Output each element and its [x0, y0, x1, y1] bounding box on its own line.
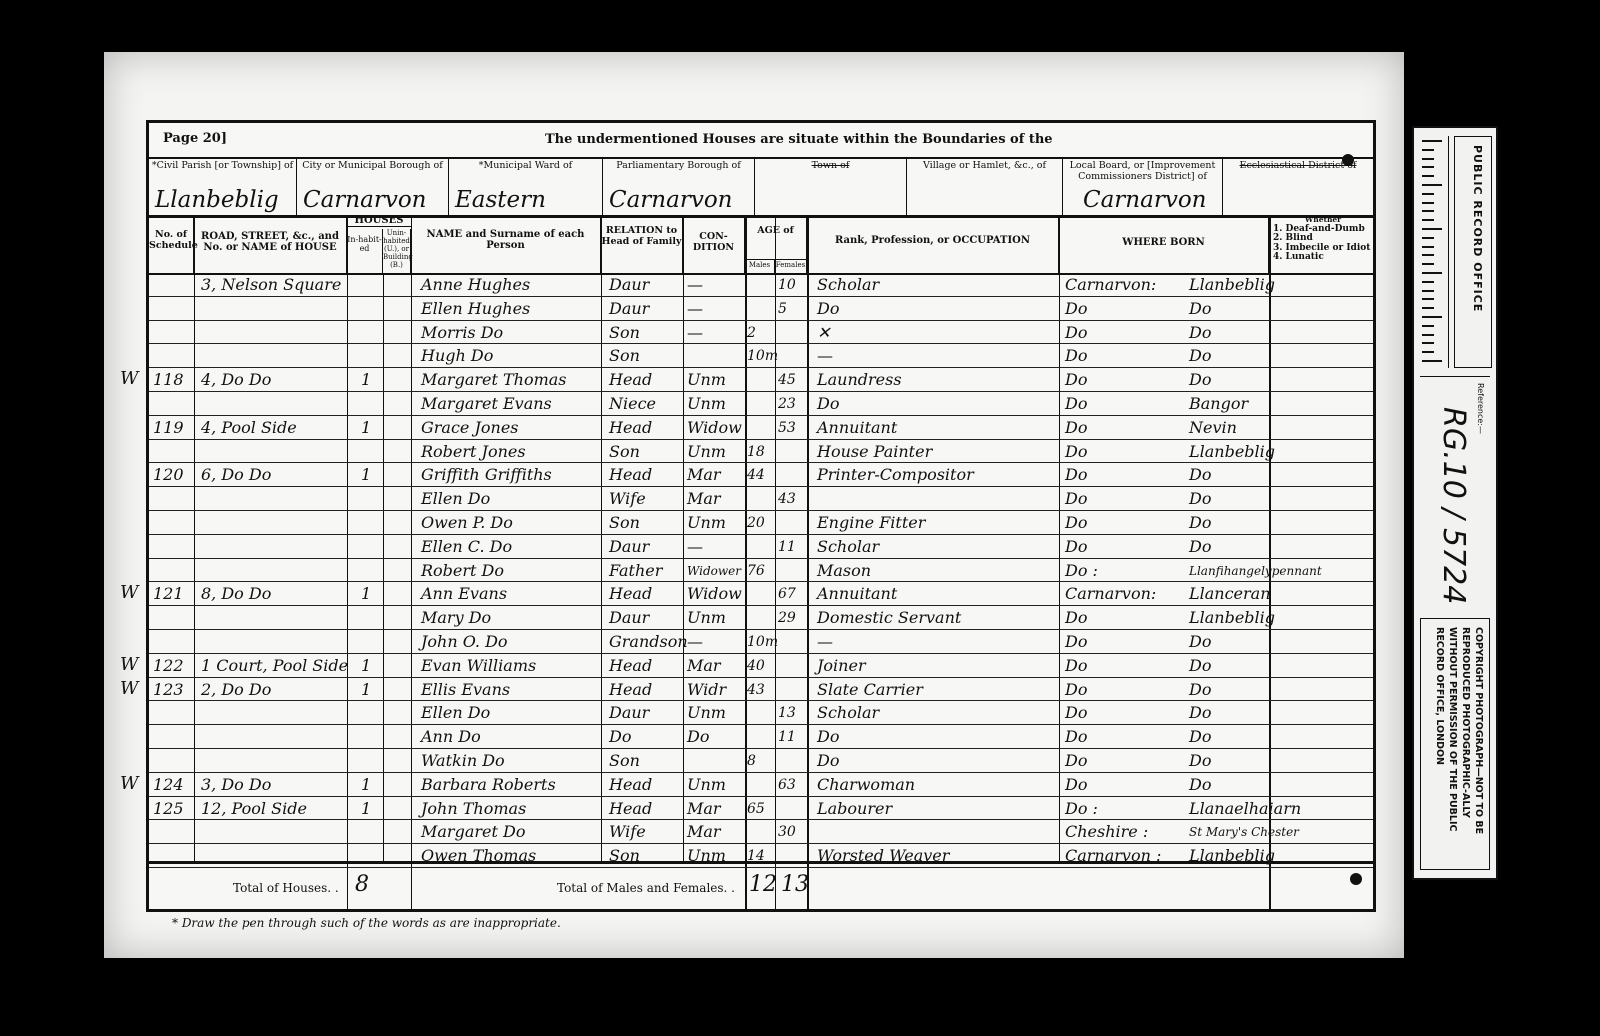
relation: Daur: [609, 606, 649, 629]
occupation: Joiner: [817, 654, 866, 677]
occupation: Scholar: [817, 701, 879, 724]
condition: Do: [687, 725, 709, 748]
born-place: Bangor: [1189, 392, 1248, 415]
born-place: Do: [1189, 749, 1211, 772]
condition: Mar: [687, 487, 721, 510]
inhabited-count: 1: [361, 582, 371, 605]
col-females: Females: [775, 259, 807, 273]
col-inhabited: In-habit-ed: [347, 229, 383, 273]
total-houses-label: Total of Houses. .: [233, 881, 339, 895]
division-municipal-ward: *Municipal Ward ofEastern: [449, 157, 603, 215]
born-county: Do: [1065, 321, 1087, 344]
table-row: 1206, Do Do1Griffith GriffithsHeadMar44P…: [149, 463, 1373, 487]
occupation: Labourer: [817, 797, 892, 820]
relation: Daur: [609, 273, 649, 296]
born-place: Do: [1189, 725, 1211, 748]
ruler-tick: [1422, 254, 1434, 256]
census-form: Page 20] The undermentioned Houses are s…: [146, 120, 1376, 912]
ruler-tick: [1422, 325, 1434, 327]
table-row: 1232, Do Do1Ellis EvansHeadWidr43Slate C…: [149, 678, 1373, 702]
born-county: Do :: [1065, 797, 1098, 820]
ruler-tick: [1422, 140, 1442, 142]
born-county: Cheshire :: [1065, 820, 1148, 843]
male-age: 10m: [747, 630, 778, 653]
born-county: Do: [1065, 654, 1087, 677]
born-place: Do: [1189, 487, 1211, 510]
relation: Do: [609, 725, 631, 748]
road-address: 1 Court, Pool Side: [201, 654, 348, 677]
female-age: 13: [778, 701, 796, 724]
occupation: Scholar: [817, 535, 879, 558]
inhabited-count: 1: [361, 416, 371, 439]
ruler-tick: [1422, 263, 1434, 265]
road-address: 3, Do Do: [201, 773, 271, 796]
born-place: Do: [1189, 368, 1211, 391]
road-address: 4, Do Do: [201, 368, 271, 391]
occupation: —: [817, 344, 833, 367]
table-row: Ellen DoWifeMar43DoDo: [149, 487, 1373, 511]
occupation: Do: [817, 725, 839, 748]
ruler-tick: [1422, 184, 1442, 186]
born-place: Do: [1189, 297, 1211, 320]
male-age: 43: [747, 678, 765, 701]
table-row: Margaret EvansNieceUnm23DoDoBangor: [149, 392, 1373, 416]
occupation: Domestic Servant: [817, 606, 961, 629]
born-place: Llanfihangelypennant: [1189, 559, 1322, 582]
ruler-tick: [1422, 316, 1442, 318]
ruler-tick: [1422, 290, 1434, 292]
division-local-board: Local Board, or [Improvement Commissione…: [1063, 157, 1223, 215]
condition: —: [687, 535, 703, 558]
born-place: Do: [1189, 463, 1211, 486]
condition: Unm: [687, 392, 726, 415]
schedule-no: 119: [153, 416, 184, 439]
margin-mark: W: [120, 678, 139, 699]
ruler-tick: [1422, 175, 1434, 177]
margin-mark: W: [120, 654, 139, 675]
occupation: Charwoman: [817, 773, 915, 796]
relation: Daur: [609, 701, 649, 724]
male-age: 40: [747, 654, 765, 677]
born-place: Llanaelhaiarn: [1189, 797, 1301, 820]
table-row: Robert DoFatherWidower76MasonDo :Llanfih…: [149, 559, 1373, 583]
female-age: 53: [778, 416, 796, 439]
born-county: Carnarvon:: [1065, 273, 1156, 296]
relation: Head: [609, 654, 652, 677]
born-county: Do: [1065, 606, 1087, 629]
condition: Unm: [687, 606, 726, 629]
person-name: Margaret Thomas: [421, 368, 567, 391]
table-row: 1221 Court, Pool Side1Evan WilliamsHeadM…: [149, 654, 1373, 678]
schedule-no: 124: [153, 773, 184, 796]
margin-mark: W: [120, 773, 139, 794]
table-row: Hugh DoSon10m—DoDo: [149, 344, 1373, 368]
female-age: 11: [778, 725, 796, 748]
occupation: Scholar: [817, 273, 879, 296]
condition: —: [687, 273, 703, 296]
margin-mark: W: [120, 368, 139, 389]
relation: Wife: [609, 820, 646, 843]
person-name: Ann Do: [421, 725, 481, 748]
born-place: Llanbeblig: [1189, 606, 1275, 629]
condition: —: [687, 297, 703, 320]
table-row: 3, Nelson SquareAnne HughesDaur—10Schola…: [149, 273, 1373, 297]
condition: Unm: [687, 511, 726, 534]
condition: Mar: [687, 797, 721, 820]
col-infirmities: Whether 1. Deaf-and-Dumb 2. Blind 3. Imb…: [1269, 215, 1373, 273]
total-males-value: 12: [749, 872, 777, 897]
person-name: John O. Do: [421, 630, 508, 653]
schedule-no: 123: [153, 678, 184, 701]
female-age: 67: [778, 582, 796, 605]
schedule-no: 121: [153, 582, 184, 605]
born-place: Do: [1189, 654, 1211, 677]
male-age: 8: [747, 749, 756, 772]
born-county: Do: [1065, 773, 1087, 796]
relation: Son: [609, 511, 640, 534]
ruler-tick: [1422, 193, 1434, 195]
born-county: Do: [1065, 678, 1087, 701]
table-row: Ellen DoDaurUnm13ScholarDoDo: [149, 701, 1373, 725]
col-occupation: Rank, Profession, or OCCUPATION: [807, 215, 1059, 273]
occupation: Printer-Compositor: [817, 463, 974, 486]
table-row: 1184, Do Do1Margaret ThomasHeadUnm45Laun…: [149, 368, 1373, 392]
relation: Son: [609, 749, 640, 772]
relation: Daur: [609, 297, 649, 320]
condition: —: [687, 321, 703, 344]
ruler-tick: [1422, 202, 1434, 204]
person-name: Grace Jones: [421, 416, 519, 439]
born-county: Do: [1065, 701, 1087, 724]
road-address: 3, Nelson Square: [201, 273, 341, 296]
table-row: Ellen HughesDaur—5DoDoDo: [149, 297, 1373, 321]
female-age: 5: [778, 297, 787, 320]
col-relation: RELATION to Head of Family: [601, 215, 683, 273]
condition: Unm: [687, 773, 726, 796]
condition: Mar: [687, 463, 721, 486]
person-name: Margaret Evans: [421, 392, 552, 415]
relation: Son: [609, 321, 640, 344]
col-where-born: WHERE BORN: [1059, 215, 1269, 273]
relation: Head: [609, 368, 652, 391]
born-county: Do: [1065, 630, 1087, 653]
total-houses-value: 8: [355, 872, 369, 897]
male-age: 2: [747, 321, 756, 344]
occupation: Do: [817, 749, 839, 772]
relation: Daur: [609, 535, 649, 558]
occupation: Do: [817, 297, 839, 320]
table-row: Morris DoSon—2✕DoDo: [149, 321, 1373, 345]
table-row: John O. DoGrandson—10m—DoDo: [149, 630, 1373, 654]
relation: Niece: [609, 392, 656, 415]
relation: Son: [609, 440, 640, 463]
relation: Head: [609, 463, 652, 486]
person-name: Margaret Do: [421, 820, 525, 843]
copyright-notice: COPYRIGHT PHOTOGRAPH—NOT TO BE REPRODUCE…: [1420, 618, 1490, 870]
occupation: Annuitant: [817, 416, 897, 439]
road-address: 12, Pool Side: [201, 797, 307, 820]
person-name: Ellen Do: [421, 701, 490, 724]
male-age: 20: [747, 511, 765, 534]
ruler-tick: [1422, 307, 1434, 309]
punch-hole: [1342, 154, 1354, 166]
occupation: Slate Carrier: [817, 678, 923, 701]
inhabited-count: 1: [361, 797, 371, 820]
born-place: Llanbeblig: [1189, 440, 1275, 463]
totals-row: Total of Houses. . 8 Total of Males and …: [149, 861, 1373, 912]
female-age: 43: [778, 487, 796, 510]
person-name: Ellen Do: [421, 487, 490, 510]
female-age: 30: [778, 820, 796, 843]
person-name: Morris Do: [421, 321, 503, 344]
ruler-tick: [1422, 228, 1442, 230]
col-uninhabited: Unin-habited (U.), or Building (B.): [383, 229, 411, 273]
relation: Father: [609, 559, 662, 582]
footnote: * Draw the pen through such of the words…: [172, 916, 561, 930]
division-parliamentary-borough: Parliamentary Borough ofCarnarvon: [603, 157, 755, 215]
relation: Grandson: [609, 630, 688, 653]
inhabited-count: 1: [361, 368, 371, 391]
margin-mark: W: [120, 582, 139, 603]
born-place: Llanceran: [1189, 582, 1271, 605]
occupation: Engine Fitter: [817, 511, 925, 534]
female-age: 29: [778, 606, 796, 629]
inhabited-count: 1: [361, 654, 371, 677]
person-name: Watkin Do: [421, 749, 505, 772]
person-name: Mary Do: [421, 606, 491, 629]
ruler-tick: [1422, 166, 1434, 168]
division-town: Town of: [755, 157, 907, 215]
person-name: Ann Evans: [421, 582, 507, 605]
condition: Unm: [687, 368, 726, 391]
male-age: 18: [747, 440, 765, 463]
road-address: 6, Do Do: [201, 463, 271, 486]
born-place: Llanbeblig: [1189, 273, 1275, 296]
male-age: 76: [747, 559, 765, 582]
occupation: Mason: [817, 559, 871, 582]
column-headers: No. of Schedule ROAD, STREET, &c., and N…: [149, 215, 1373, 275]
ruler-tick: [1422, 281, 1434, 283]
relation: Wife: [609, 487, 646, 510]
road-address: 8, Do Do: [201, 582, 271, 605]
condition: Widow: [687, 416, 742, 439]
measurement-ruler: [1422, 136, 1449, 368]
table-row: Robert JonesSonUnm18House PainterDoLlanb…: [149, 440, 1373, 464]
reference-number: RG.10 / 5724: [1436, 407, 1471, 604]
ruler-tick: [1422, 298, 1434, 300]
road-address: 4, Pool Side: [201, 416, 297, 439]
division-civil-parish: *Civil Parish [or Township] ofLlanbeblig: [149, 157, 297, 215]
col-schedule: No. of Schedule: [149, 215, 194, 273]
table-row: 1243, Do Do1Barbara RobertsHeadUnm63Char…: [149, 773, 1373, 797]
table-row: Ellen C. DoDaur—11ScholarDoDo: [149, 535, 1373, 559]
born-county: Do: [1065, 344, 1087, 367]
road-address: 2, Do Do: [201, 678, 271, 701]
inhabited-count: 1: [361, 678, 371, 701]
col-name: NAME and Surname of each Person: [411, 215, 601, 273]
ruler-tick: [1422, 246, 1434, 248]
born-place: Do: [1189, 678, 1211, 701]
born-county: Do: [1065, 749, 1087, 772]
punch-hole: [1350, 873, 1362, 885]
female-age: 10: [778, 273, 796, 296]
female-age: 11: [778, 535, 796, 558]
form-header: Page 20] The undermentioned Houses are s…: [149, 123, 1373, 159]
schedule-no: 120: [153, 463, 184, 486]
born-county: Do: [1065, 725, 1087, 748]
condition: —: [687, 630, 703, 653]
occupation: Laundress: [817, 368, 902, 391]
occupation: House Painter: [817, 440, 932, 463]
ruler-tick: [1422, 219, 1434, 221]
person-name: Hugh Do: [421, 344, 493, 367]
archive-reference-strip: PUBLIC RECORD OFFICE Reference:— RG.10 /…: [1412, 126, 1498, 880]
table-row: 12512, Pool Side1John ThomasHeadMar65Lab…: [149, 797, 1373, 821]
person-name: Owen P. Do: [421, 511, 513, 534]
ruler-tick: [1422, 360, 1442, 362]
col-condition: CON-DITION: [683, 215, 745, 273]
female-age: 63: [778, 773, 796, 796]
born-county: Do: [1065, 368, 1087, 391]
born-county: Do: [1065, 297, 1087, 320]
born-county: Do :: [1065, 559, 1098, 582]
occupation: Annuitant: [817, 582, 897, 605]
occupation: ✕: [817, 321, 830, 344]
ruler-tick: [1422, 342, 1434, 344]
person-name: Ellen C. Do: [421, 535, 512, 558]
born-place: Do: [1189, 773, 1211, 796]
division-village: Village or Hamlet, &c., of: [907, 157, 1063, 215]
table-row: Mary DoDaurUnm29Domestic ServantDoLlanbe…: [149, 606, 1373, 630]
condition: Widow: [687, 582, 742, 605]
relation: Head: [609, 416, 652, 439]
occupation: —: [817, 630, 833, 653]
born-county: Carnarvon:: [1065, 582, 1156, 605]
born-county: Do: [1065, 511, 1087, 534]
person-name: Evan Williams: [421, 654, 536, 677]
person-name: Barbara Roberts: [421, 773, 556, 796]
born-county: Do: [1065, 392, 1087, 415]
born-place: Do: [1189, 511, 1211, 534]
male-age: 44: [747, 463, 765, 486]
born-county: Do: [1065, 416, 1087, 439]
schedule-no: 125: [153, 797, 184, 820]
total-persons-label: Total of Males and Females. .: [557, 881, 735, 895]
schedule-no: 122: [153, 654, 184, 677]
female-age: 23: [778, 392, 796, 415]
schedule-no: 118: [153, 368, 184, 391]
female-age: 45: [778, 368, 796, 391]
condition: Unm: [687, 701, 726, 724]
relation: Head: [609, 773, 652, 796]
born-place: Do: [1189, 630, 1211, 653]
ruler-tick: [1422, 351, 1434, 353]
table-row: Watkin DoSon8DoDoDo: [149, 749, 1373, 773]
relation: Head: [609, 678, 652, 701]
condition: Widr: [687, 678, 726, 701]
ruler-tick: [1422, 237, 1434, 239]
born-place: St Mary's Chester: [1189, 820, 1299, 843]
division-ecclesiastical: Ecclesiastical District of: [1223, 157, 1373, 215]
page-number: Page 20]: [163, 131, 227, 146]
person-name: Ellis Evans: [421, 678, 510, 701]
born-county: Do: [1065, 463, 1087, 486]
born-county: Do: [1065, 535, 1087, 558]
ruler-tick: [1422, 334, 1434, 336]
table-row: Ann DoDoDo11DoDoDo: [149, 725, 1373, 749]
born-place: Do: [1189, 535, 1211, 558]
division-municipal-borough: City or Municipal Borough ofCarnarvon: [297, 157, 449, 215]
born-place: Do: [1189, 701, 1211, 724]
person-name: Ellen Hughes: [421, 297, 530, 320]
table-row: 1218, Do Do1Ann EvansHeadWidow67Annuitan…: [149, 582, 1373, 606]
ruler-tick: [1422, 210, 1434, 212]
table-row: 1194, Pool Side1Grace JonesHeadWidow53An…: [149, 416, 1373, 440]
born-county: Do: [1065, 487, 1087, 510]
inhabited-count: 1: [361, 463, 371, 486]
born-place: Do: [1189, 344, 1211, 367]
administrative-divisions: *Civil Parish [or Township] ofLlanbeblig…: [149, 157, 1373, 218]
condition: Widower: [687, 559, 741, 582]
male-age: 65: [747, 797, 765, 820]
relation: Son: [609, 344, 640, 367]
table-row: Margaret DoWifeMar30Cheshire :St Mary's …: [149, 820, 1373, 844]
occupation: Do: [817, 392, 839, 415]
ruler-tick: [1422, 149, 1434, 151]
reference-box: Reference:— RG.10 / 5724: [1420, 376, 1490, 617]
total-females-value: 13: [781, 872, 809, 897]
inhabited-count: 1: [361, 773, 371, 796]
condition: Mar: [687, 820, 721, 843]
ruler-tick: [1422, 272, 1442, 274]
condition: Unm: [687, 440, 726, 463]
male-age: 10m: [747, 344, 778, 367]
person-name: Griffith Griffiths: [421, 463, 552, 486]
born-place: Nevin: [1189, 416, 1237, 439]
table-row: Owen P. DoSonUnm20Engine FitterDoDo: [149, 511, 1373, 535]
born-place: Do: [1189, 321, 1211, 344]
born-county: Do: [1065, 440, 1087, 463]
ruler-tick: [1422, 158, 1434, 160]
condition: Mar: [687, 654, 721, 677]
person-name: John Thomas: [421, 797, 526, 820]
relation: Head: [609, 582, 652, 605]
person-name: Anne Hughes: [421, 273, 530, 296]
boundary-heading: The undermentioned Houses are situate wi…: [545, 132, 1053, 147]
person-name: Robert Jones: [421, 440, 526, 463]
col-males: Males: [745, 259, 775, 273]
relation: Head: [609, 797, 652, 820]
person-name: Robert Do: [421, 559, 504, 582]
record-office-title: PUBLIC RECORD OFFICE: [1454, 136, 1492, 368]
col-road: ROAD, STREET, &c., and No. or NAME of HO…: [194, 215, 347, 273]
